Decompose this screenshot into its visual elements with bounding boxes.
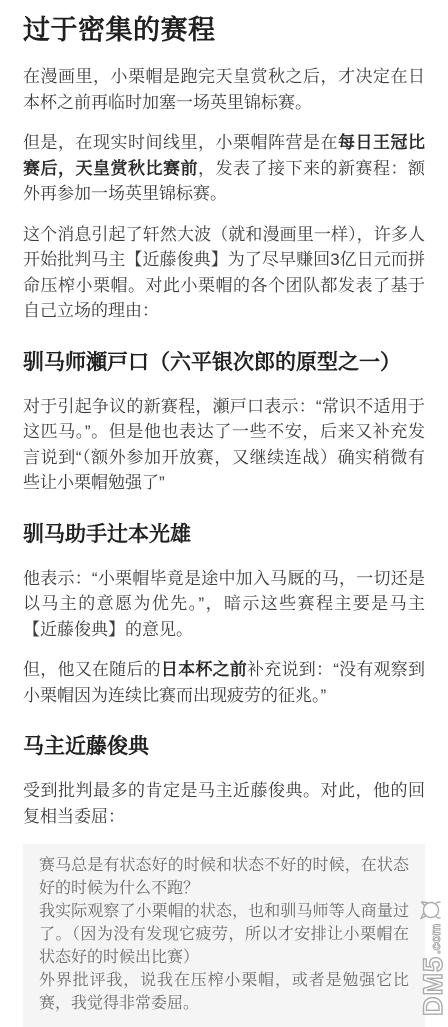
section-heading-assistant: 驯马助手辻本光雄 <box>23 520 425 549</box>
paragraph-owner-intro: 受到批判最多的肯定是马主近藤俊典。对此，他的回复相当委屈： <box>23 778 425 829</box>
section-heading-owner: 马主近藤俊典 <box>23 732 425 761</box>
paragraph-assistant-followup: 但，他又在随后的日本杯之前补充说到：“没有观察到小栗帽因为连续比赛而出现疲劳的征… <box>23 657 425 708</box>
quote-line: 我实际观察了小栗帽的状态，也和驯马师等人商量过了。（因为没有发现它疲劳，所以才安… <box>39 900 409 969</box>
paragraph-trainer-comment: 对于引起争议的新赛程，瀬戸口表示：“常识不适用于这匹马。”。但是他也表达了一些不… <box>23 394 425 496</box>
article-page: 过于密集的赛程 在漫画里，小栗帽是跑完天皇赏秋之后，才决定在日本杯之前再临时加塞… <box>0 0 448 1027</box>
owner-quote-block: 赛马总是有状态好的时候和状态不好的时候，在状态好的时候为什么不跑？ 我实际观察了… <box>23 844 425 1027</box>
text-segment: 但是，在现实时间线里，小栗帽阵营是在 <box>23 133 338 152</box>
text-segment: 但，他又在随后的 <box>23 660 161 679</box>
paragraph-real-timeline: 但是，在现实时间线里，小栗帽阵营是在每日王冠比赛后，天皇赏秋比赛前，发表了接下来… <box>23 130 425 207</box>
paragraph-criticism: 这个消息引起了轩然大波（就和漫画里一样），许多人开始批判马主【近藤俊典】为了尽早… <box>23 222 425 324</box>
paragraph-manga-timeline: 在漫画里，小栗帽是跑完天皇赏秋之后，才决定在日本杯之前再临时加塞一场英里锦标赛。 <box>23 64 425 115</box>
paragraph-assistant-comment: 他表示：“小栗帽毕竟是途中加入马厩的马，一切还是以马主的意愿为优先。”，暗示这些… <box>23 566 425 643</box>
quote-line: 赛马总是有状态好的时候和状态不好的时候，在状态好的时候为什么不跑？ <box>39 854 409 900</box>
section-heading-trainer: 驯马师瀬戸口（六平银次郎的原型之一） <box>23 348 425 377</box>
quote-line: 外界批评我，说我在压榨小栗帽，或者是勉强它比赛，我觉得非常委屈。 <box>39 969 409 1015</box>
article-title: 过于密集的赛程 <box>23 12 425 48</box>
text-segment-bold: 日本杯之前 <box>161 660 247 679</box>
